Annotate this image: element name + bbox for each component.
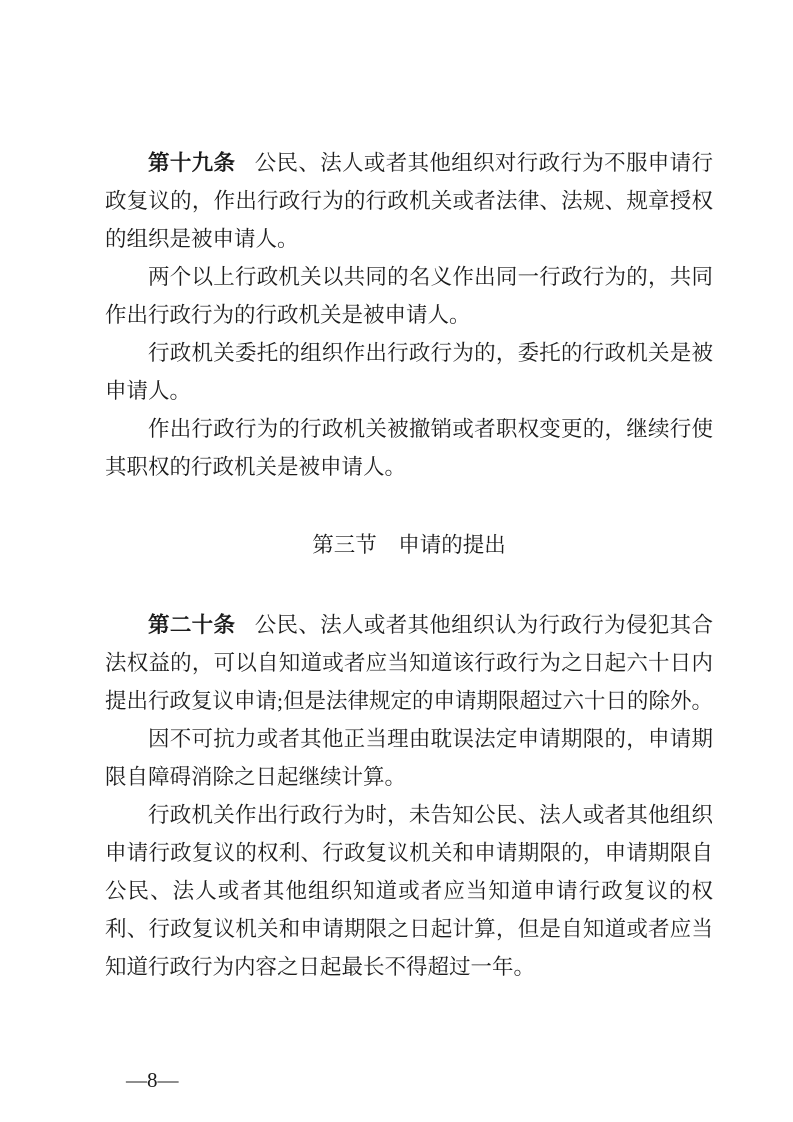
section-3-heading: 第三节申请的提出 (105, 526, 713, 564)
article-19-paragraph-4: 作出行政行为的行政机关被撤销或者职权变更的，继续行使其职权的行政机关是被申请人。 (105, 410, 713, 486)
section-3-title: 申请的提出 (398, 533, 506, 557)
article-20-paragraph-3: 行政机关作出行政行为时，未告知公民、法人或者其他组织申请行政复议的权利、行政复议… (105, 796, 713, 986)
article-19-number: 第十九条 (148, 151, 235, 175)
document-page: 第十九条公民、法人或者其他组织对行政行为不服申请行政复议的，作出行政行为的行政机… (0, 0, 793, 1122)
document-body: 第十九条公民、法人或者其他组织对行政行为不服申请行政复议的，作出行政行为的行政机… (105, 144, 713, 986)
section-3-number: 第三节 (312, 533, 377, 557)
article-19-opening-paragraph: 第十九条公民、法人或者其他组织对行政行为不服申请行政复议的，作出行政行为的行政机… (105, 144, 713, 258)
article-20-number: 第二十条 (148, 613, 235, 637)
article-20-paragraph-2: 因不可抗力或者其他正当理由耽误法定申请期限的，申请期限自障碍消除之日起继续计算。 (105, 720, 713, 796)
page-number: —8— (126, 1068, 179, 1092)
article-19-paragraph-3: 行政机关委托的组织作出行政行为的，委托的行政机关是被申请人。 (105, 334, 713, 410)
article-20-opening-paragraph: 第二十条公民、法人或者其他组织认为行政行为侵犯其合法权益的，可以自知道或者应当知… (105, 606, 713, 720)
article-19-paragraph-2: 两个以上行政机关以共同的名义作出同一行政行为的，共同作出行政行为的行政机关是被申… (105, 258, 713, 334)
